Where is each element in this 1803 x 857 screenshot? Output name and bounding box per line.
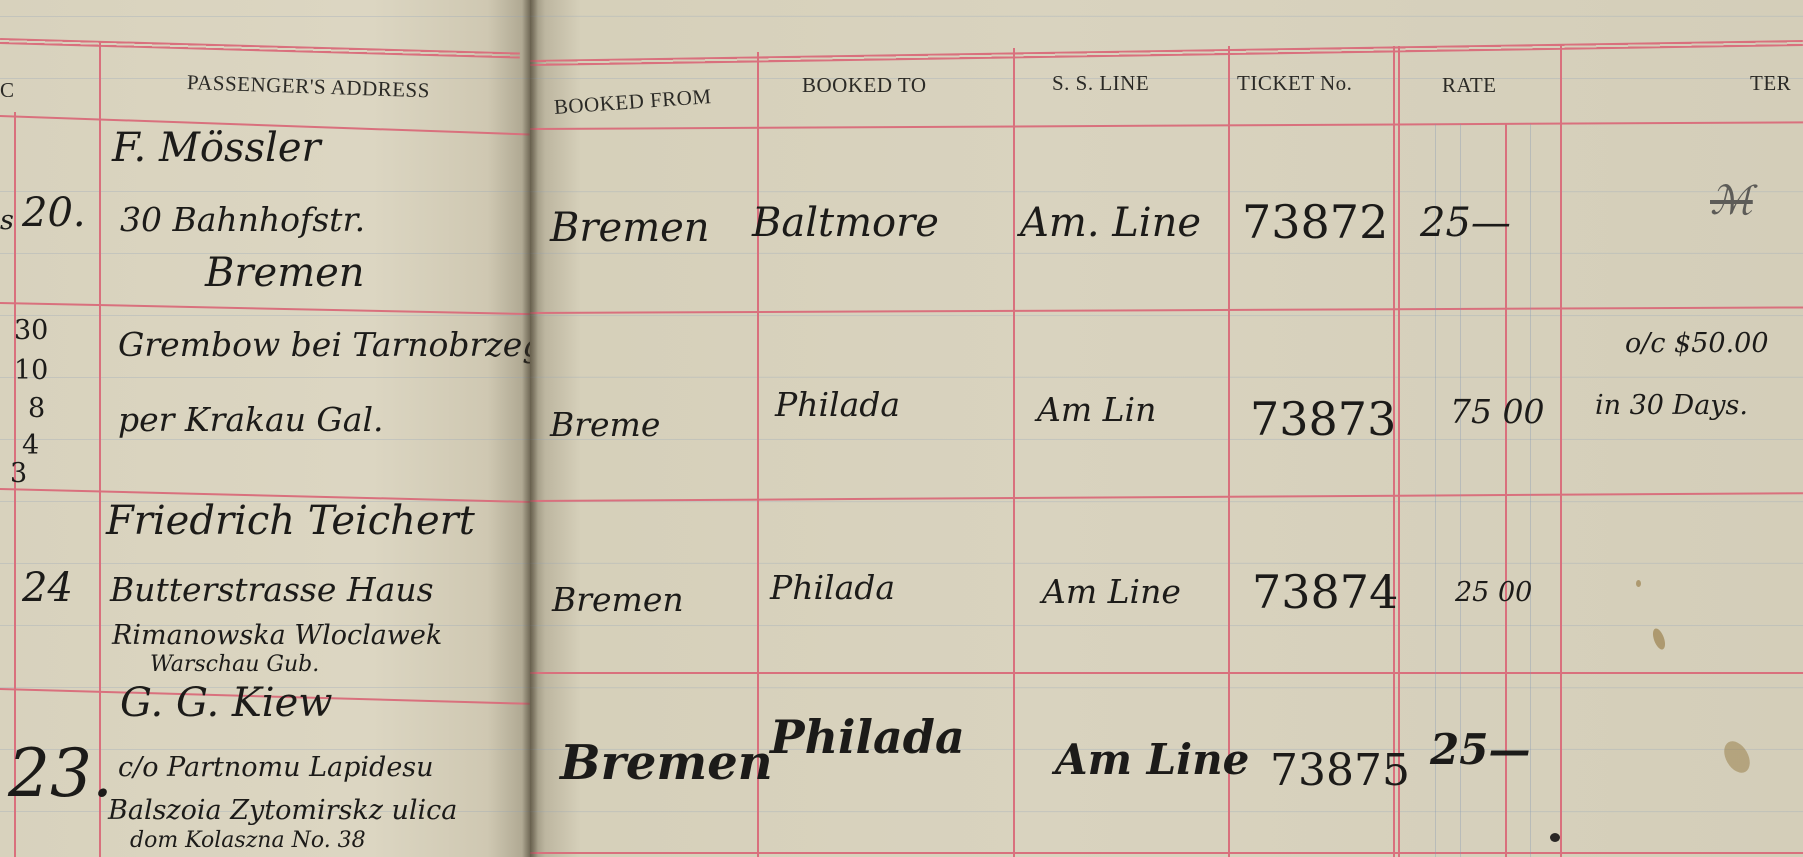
address-line: F. Mössler xyxy=(112,125,321,171)
terms-line: o/c $50.00 xyxy=(1625,328,1769,359)
address-line: 30 Bahnhofstr. xyxy=(120,200,365,239)
booked-from-cell: Bremen xyxy=(560,735,773,791)
address-line: per Krakau Gal. xyxy=(118,400,384,439)
booked-from-cell: Bremen xyxy=(552,580,684,619)
address-line: Grembow bei Tarnobrzeg xyxy=(118,325,530,364)
column-rule xyxy=(1013,48,1015,857)
booked-from-cell: Breme xyxy=(550,405,660,444)
partial-column-header: C xyxy=(0,78,15,103)
address-line: c/o Partnomu Lapidesu xyxy=(118,752,434,783)
column-rule xyxy=(1560,46,1562,857)
address-line: G. G. Kiew xyxy=(120,680,333,726)
ink-blot xyxy=(1550,833,1560,842)
address-line: Rimanowska Wloclawek xyxy=(112,620,442,651)
ticket-no-cell: 73874 xyxy=(1252,565,1398,619)
ss-line-cell: Am. Line xyxy=(1020,200,1201,246)
booked-to-cell: Baltmore xyxy=(752,200,939,246)
booked-to-cell: Philada xyxy=(775,385,900,424)
header-rate: RATE xyxy=(1442,73,1497,98)
booked-to-cell: Philada xyxy=(770,568,895,607)
rate-cell: 25 00 xyxy=(1455,577,1532,608)
column-rule xyxy=(1398,46,1400,857)
rate-cell: 75 00 xyxy=(1450,392,1544,431)
age-cell: 4 xyxy=(22,430,39,461)
paper-stain xyxy=(1636,580,1641,587)
column-rule xyxy=(1393,46,1395,857)
header-booked-to: BOOKED TO xyxy=(802,73,926,98)
ss-line-cell: Am Line xyxy=(1055,735,1249,784)
age-cell: 20. xyxy=(22,190,86,236)
header-terms: TER xyxy=(1750,71,1791,96)
book-gutter xyxy=(522,0,538,857)
address-line: Balszoia Zytomirskz ulica xyxy=(108,795,457,826)
rate-cell: 25— xyxy=(1430,725,1530,774)
address-line: Friedrich Teichert xyxy=(106,498,475,544)
age-cell: 23. xyxy=(8,735,113,812)
ss-line-cell: Am Lin xyxy=(1037,390,1156,429)
ticket-no-cell: 73872 xyxy=(1242,195,1388,249)
age-cell: 8 xyxy=(28,393,45,424)
age-cell: 24 xyxy=(22,565,73,611)
terms-line: in 30 Days. xyxy=(1595,390,1748,421)
age-cell: 10 xyxy=(14,355,48,386)
header-ticket-no: TICKET No. xyxy=(1237,71,1352,96)
terms-struck-mark: ℳ xyxy=(1710,178,1753,224)
booked-to-cell: Philada xyxy=(770,710,965,764)
ticket-no-cell: 73873 xyxy=(1250,392,1396,446)
ticket-no-cell: 73875 xyxy=(1270,745,1410,796)
row-divider xyxy=(530,672,1803,674)
age-prefix: s xyxy=(0,205,14,236)
header-ss-line: S. S. LINE xyxy=(1052,71,1149,96)
rate-cell: 25— xyxy=(1420,200,1511,246)
ledger-left-page: C PASSENGER'S ADDRESS s 20. F. Mössler 3… xyxy=(0,0,530,857)
row-divider xyxy=(530,852,1803,854)
age-cell: 3 xyxy=(10,458,27,489)
address-line: Warschau Gub. xyxy=(150,652,319,677)
address-line: Butterstrasse Haus xyxy=(110,570,434,609)
age-cell: 30 xyxy=(14,315,48,346)
address-line: dom Kolaszna No. 38 xyxy=(130,828,366,853)
ledger-right-page: BOOKED FROM BOOKED TO S. S. LINE TICKET … xyxy=(530,0,1803,857)
address-line: Bremen xyxy=(205,250,365,296)
ss-line-cell: Am Line xyxy=(1042,572,1181,611)
booked-from-cell: Bremen xyxy=(550,205,710,251)
